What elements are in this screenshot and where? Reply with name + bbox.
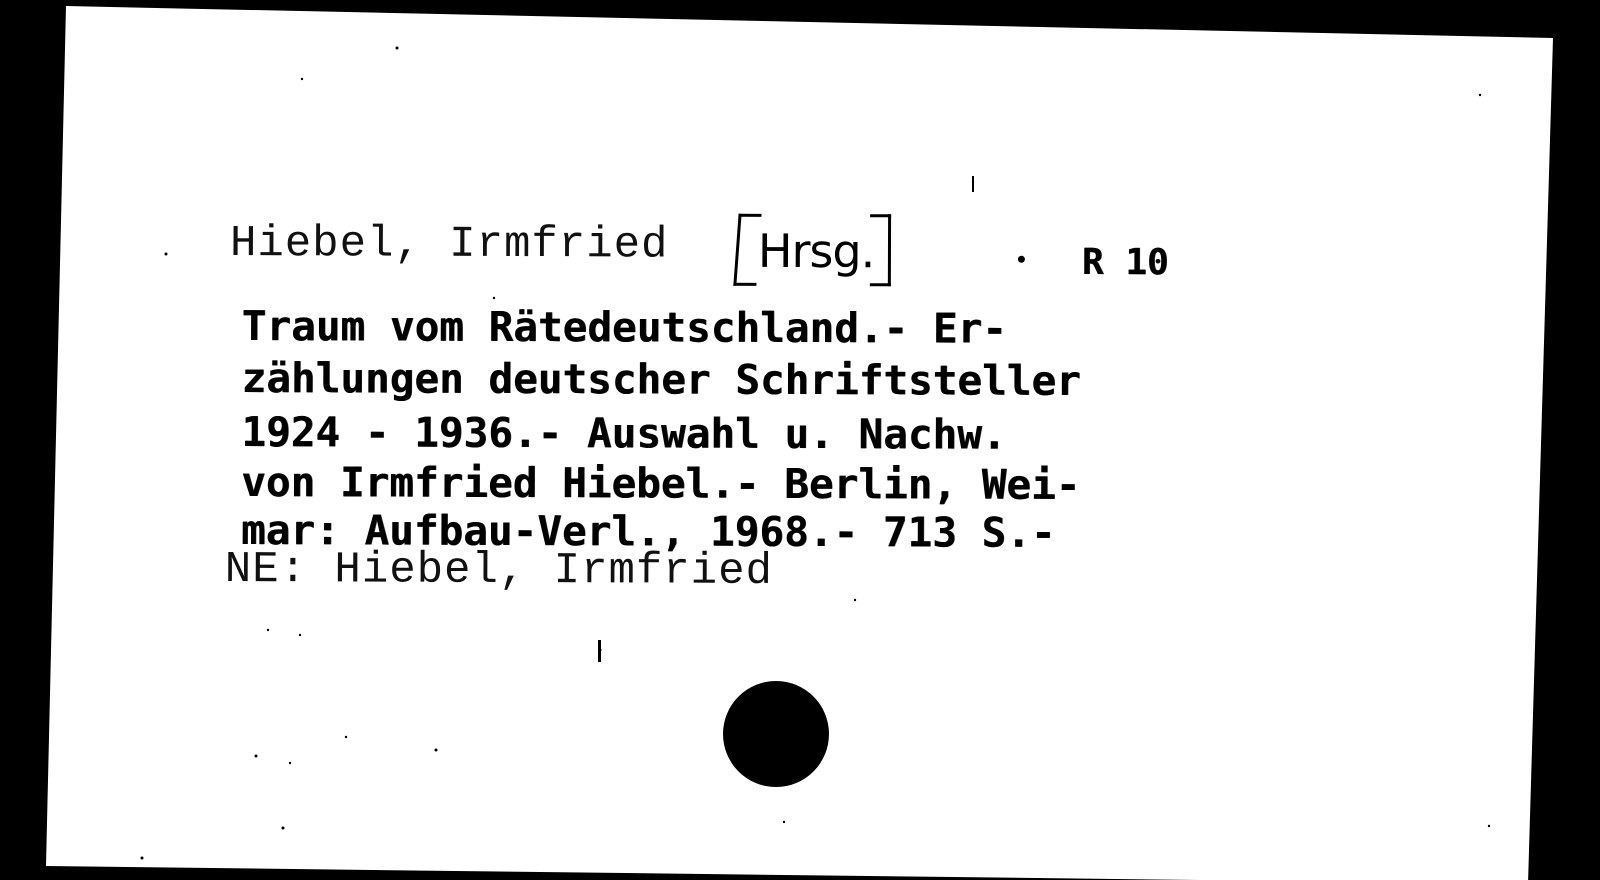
catalog-card-scan: Hiebel, Irmfried Hrsg. R 10 Traum vom Rä… bbox=[0, 0, 1600, 880]
bracket-right bbox=[870, 214, 891, 286]
card-text-block: Hiebel, Irmfried Hrsg. R 10 Traum vom Rä… bbox=[0, 0, 1600, 880]
bullet-dot bbox=[1018, 256, 1025, 263]
handwritten-role-annotation: Hrsg. bbox=[758, 224, 874, 278]
title-line-4: von Irmfried Hiebel.- Berlin, Wei- bbox=[241, 462, 1080, 506]
title-line-2: zählungen deutscher Schriftsteller bbox=[241, 358, 1080, 402]
added-entry-note: NE: Hiebel, Irmfried bbox=[225, 548, 773, 594]
shelfmark: R 10 bbox=[1082, 245, 1169, 281]
title-line-3: 1924 - 1936.- Auswahl u. Nachw. bbox=[241, 412, 1006, 456]
author-heading: Hiebel, Irmfried bbox=[230, 222, 669, 268]
title-line-1: Traum vom Rätedeutschland.- Er- bbox=[242, 306, 1007, 350]
